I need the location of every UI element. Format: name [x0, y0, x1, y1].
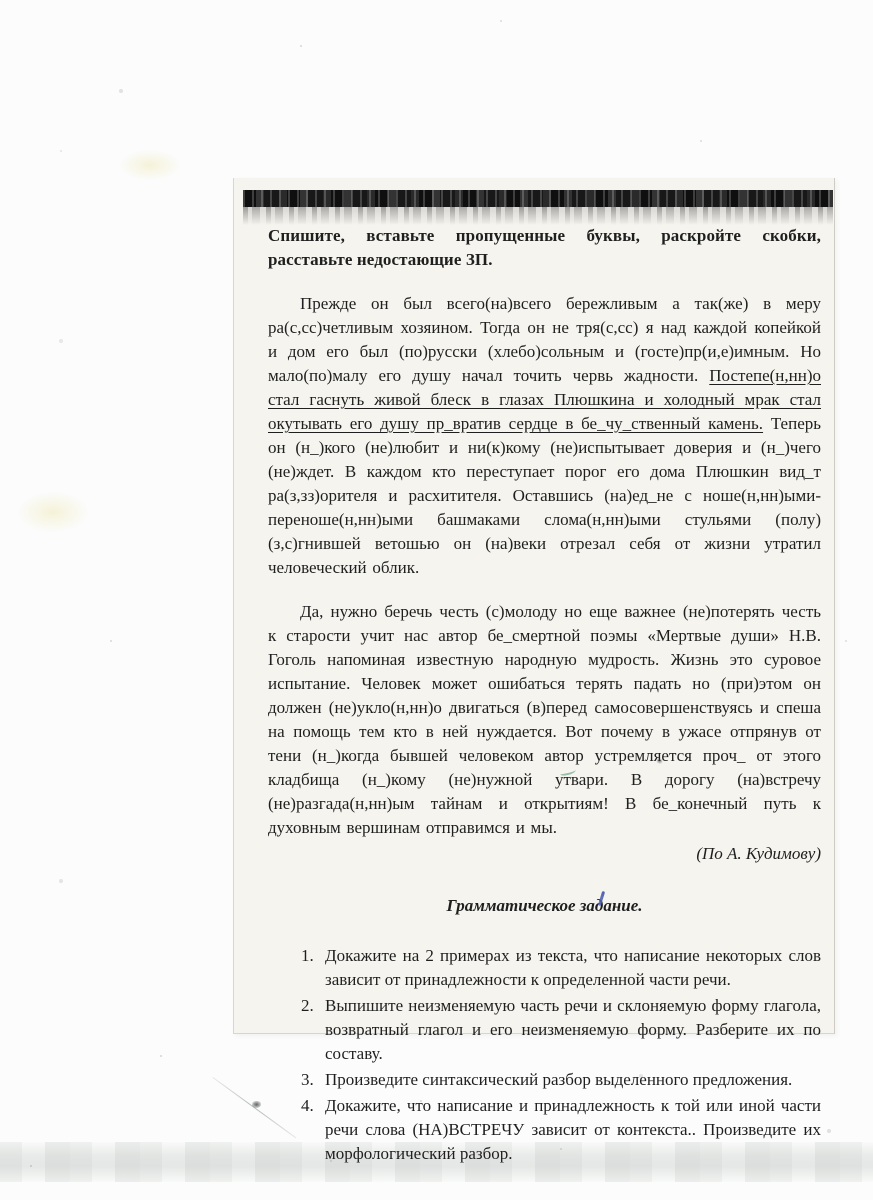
scanned-page: { "doc": { "heading": "Спишите, вставьте… — [0, 0, 873, 1200]
task-text: Выпишите неизменяемую часть речи и склон… — [325, 994, 821, 1066]
grammar-section-title: Грамматическое задание. — [268, 894, 821, 918]
task-item-2: 2. Выпишите неизменяемую часть речи и ск… — [301, 994, 821, 1066]
task-number: 2. — [301, 994, 325, 1066]
yellow-smudge — [18, 492, 88, 532]
worksheet-sheet: Спишите, вставьте пропущенные буквы, рас… — [233, 178, 835, 1034]
task-text: Докажите на 2 примерах из текста, что на… — [325, 944, 821, 992]
task-text: Произведите синтаксический разбор выделе… — [325, 1068, 821, 1092]
task-item-3: 3. Произведите синтаксический разбор выд… — [301, 1068, 821, 1092]
task-item-4: 4. Докажите, что написание и принадлежно… — [301, 1094, 821, 1166]
dictation-paragraph-2: Да, нужно беречь честь (с)молоду но еще … — [268, 600, 821, 840]
task-list: 1. Докажите на 2 примерах из текста, что… — [301, 944, 821, 1166]
task-number: 4. — [301, 1094, 325, 1166]
task-number: 1. — [301, 944, 325, 992]
paragraph-1-text-continued: Теперь он (н_)кого (не)любит и ни(к)кому… — [268, 414, 821, 577]
task-item-1: 1. Докажите на 2 примерах из текста, что… — [301, 944, 821, 992]
photocopy-toner-band — [243, 190, 833, 207]
photocopy-toner-fade — [243, 207, 833, 225]
yellow-smudge — [120, 150, 180, 180]
task-number: 3. — [301, 1068, 325, 1092]
author-attribution: (По А. Кудимову) — [268, 842, 821, 866]
dictation-paragraph-1: Прежде он был всего(на)всего бережливым … — [268, 292, 821, 580]
exercise-instruction: Спишите, вставьте пропущенные буквы, рас… — [268, 224, 821, 272]
dust-speckles — [0, 0, 2, 2]
worksheet-content: Спишите, вставьте пропущенные буквы, рас… — [268, 224, 821, 1168]
dirt-spot — [252, 1101, 261, 1108]
task-text: Докажите, что написание и принадлежность… — [325, 1094, 821, 1166]
